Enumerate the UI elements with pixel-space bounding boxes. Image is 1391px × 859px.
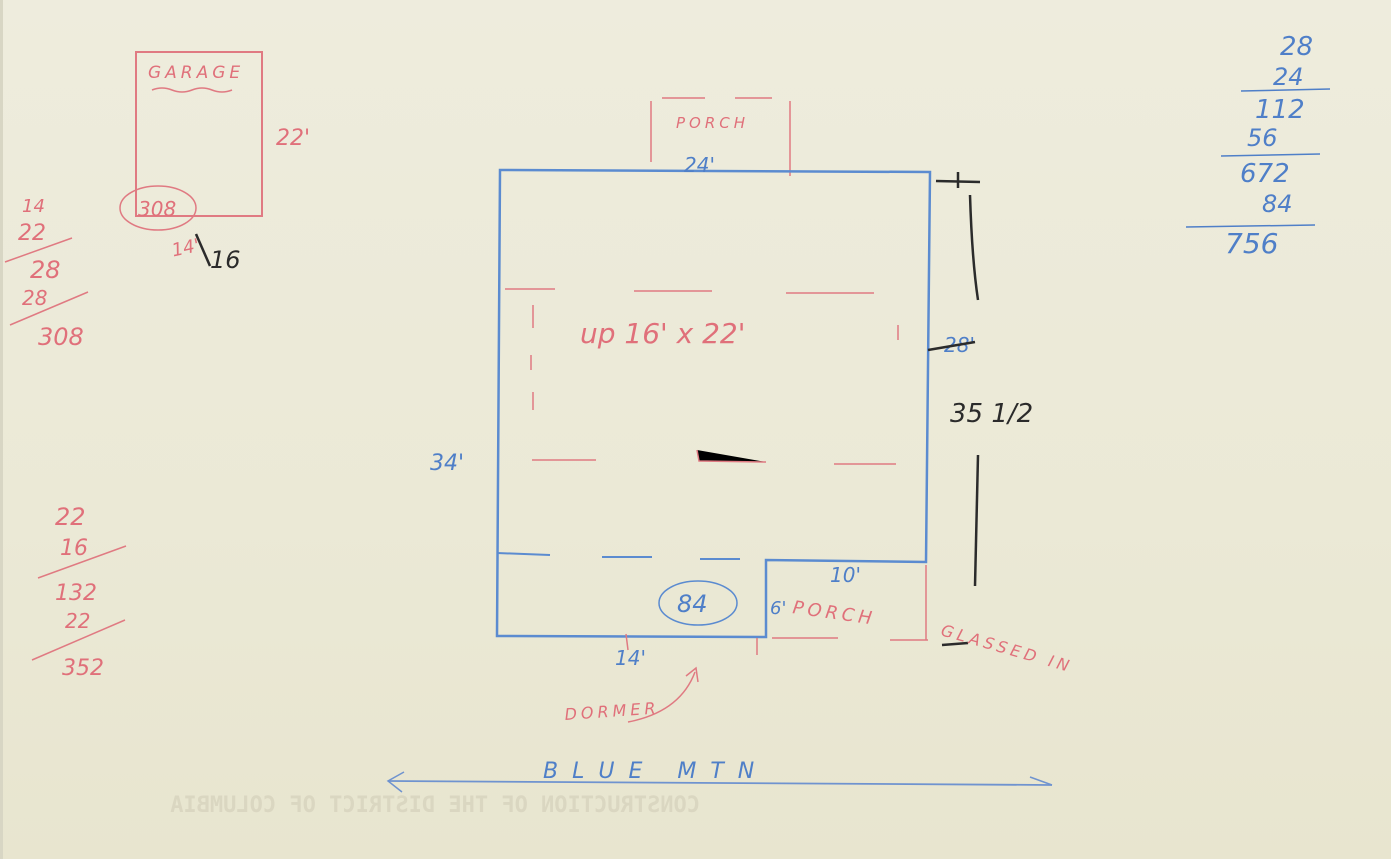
road-arrow-left <box>388 772 404 792</box>
garage-bottom-correction: 16 <box>210 246 241 274</box>
house-top-dimension: 24' <box>684 153 715 177</box>
svg-text:84: 84 <box>1262 190 1293 218</box>
garage-side-dimension: 22' <box>276 126 310 151</box>
svg-text:28: 28 <box>30 256 61 284</box>
calculation-right-top: 28 24 112 56 672 84 756 <box>1186 32 1330 260</box>
svg-text:22: 22 <box>65 609 90 633</box>
garage-area: 308 <box>138 197 176 221</box>
svg-text:352: 352 <box>62 656 104 681</box>
svg-text:132: 132 <box>55 581 97 606</box>
dormer-annotation: DORMER <box>564 668 698 724</box>
svg-text:672: 672 <box>1240 159 1290 189</box>
upstairs-note: up 16' x 22' <box>580 317 745 350</box>
road-arrow-right <box>1030 777 1052 785</box>
dormer-label: DORMER <box>564 698 660 724</box>
calculation-left-top: 14 22 28 28 308 <box>5 196 88 351</box>
svg-text:28: 28 <box>1280 32 1313 62</box>
svg-text:56: 56 <box>1247 124 1278 152</box>
calculation-left-bottom: 22 16 132 22 352 <box>32 503 126 681</box>
svg-text:24: 24 <box>1273 63 1304 91</box>
svg-text:CONSTRUCTION OF THE DISTRICT O: CONSTRUCTION OF THE DISTRICT OF COLUMBIA <box>170 793 700 818</box>
dimension-line-right <box>936 172 980 586</box>
side-porch-label: PORCH <box>791 597 877 629</box>
svg-text:28: 28 <box>22 286 47 310</box>
svg-text:112: 112 <box>1255 95 1305 125</box>
house: 24' 34' up 16' x 22' 84 14' <box>430 153 1033 670</box>
road-indicator: BLUE MTN <box>388 759 1052 792</box>
garage-bottom-dimension: 14' <box>170 235 202 261</box>
svg-text:756: 756 <box>1225 227 1278 260</box>
svg-text:22: 22 <box>18 221 46 246</box>
svg-text:14: 14 <box>22 196 45 217</box>
svg-text:16: 16 <box>60 536 88 561</box>
house-left-dimension: 34' <box>430 451 464 476</box>
svg-text:22: 22 <box>55 503 86 531</box>
side-porch-width: 10' <box>830 563 861 587</box>
house-right-dimension-corrected: 35 1/2 <box>950 399 1033 429</box>
house-outline <box>497 170 930 637</box>
glassed-in-note: GLASSED IN <box>939 621 1075 677</box>
floor-plan-drawing: CONSTRUCTION OF THE DISTRICT OF COLUMBIA… <box>0 0 1391 859</box>
svg-text:308: 308 <box>38 323 84 351</box>
ell-area: 84 <box>677 590 708 618</box>
front-porch-label: PORCH <box>676 114 749 132</box>
road-label: BLUE MTN <box>543 759 768 784</box>
plan-card: CONSTRUCTION OF THE DISTRICT OF COLUMBIA… <box>0 0 1391 859</box>
card-edge <box>0 0 3 859</box>
upstairs-outline <box>505 289 898 464</box>
garage-label: GARAGE <box>148 63 244 83</box>
garage-label-underline <box>152 88 232 92</box>
bleed-through-text: CONSTRUCTION OF THE DISTRICT OF COLUMBIA <box>170 793 700 818</box>
side-porch-depth: 6' <box>770 598 786 619</box>
dormer-line <box>497 553 740 559</box>
garage: GARAGE 22' 308 14' 16 <box>120 52 310 274</box>
side-porch: 10' 6' PORCH GLASSED IN <box>770 563 1075 676</box>
house-bottom-dimension: 14' <box>615 646 646 670</box>
front-porch: PORCH <box>651 98 790 176</box>
